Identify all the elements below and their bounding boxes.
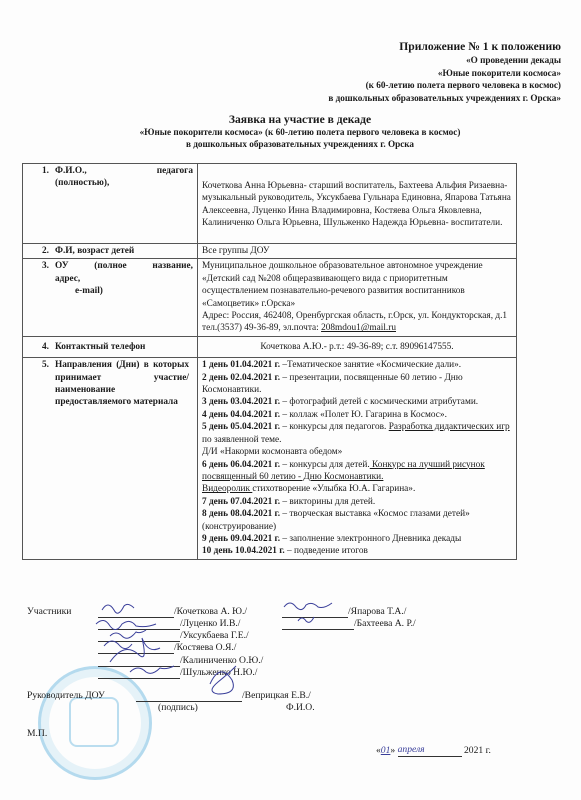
day-entry-extra: Видеоролик стихотворение «Улыбка Ю.А. Га… [202,483,512,495]
email-link[interactable]: 208mdou1@mail.ru [321,323,396,333]
day-entry: 8 день 08.04.2021 г. – творческая выстав… [202,508,512,533]
row-value: Все группы ДОУ [198,244,517,259]
date: «01» апреля 2021 г. [376,744,491,757]
day-entry: 4 день 04.04.2021 г. – коллаж «Полет Ю. … [202,409,512,421]
appendix-line: «О проведении декады [328,54,561,67]
day-entry: 7 день 07.04.2021 г. – викторины для дет… [202,496,512,508]
row-value: 1 день 01.04.2021 г. –Тематическое занят… [198,358,517,560]
handwritten-signatures [280,597,360,637]
appendix-header: Приложение № 1 к положению «О проведении… [328,39,561,104]
day-entry: 10 день 10.04.2021 г. – подведение итого… [202,545,512,557]
day-entry: 1 день 01.04.2021 г. –Тематическое занят… [202,359,512,371]
day-entry: 6 день 06.04.2021 г. – конкурсы для дете… [202,459,512,484]
appendix-line: «Юные покорители космоса» [328,67,561,80]
application-table: 1. Ф.И.О., педагога(полностью), Кочетков… [22,163,517,560]
day-entry: 2 день 02.04.2021 г. – презентации, посв… [202,372,512,397]
title-subline: «Юные покорители космоса» (к 60-летию по… [0,127,581,139]
row-label: 1. Ф.И.О., педагога(полностью), [23,164,198,244]
appendix-line: (к 60-летию полета первого человека в ко… [328,79,561,92]
row-value: Кочеткова А.Ю.- р.т.: 49-36-89; с.т. 890… [198,336,517,357]
day-entry-extra: Д/И «Накорми космонавта обедом» [202,446,512,458]
table-row: 2.Ф.И, возраст детей Все группы ДОУ [23,244,517,259]
participant-name: /Бахтеева А. Р./ [354,618,416,629]
title-main: Заявка на участие в декаде [0,113,581,127]
day-entry: 3 день 03.04.2021 г. – фотографий детей … [202,396,512,408]
title-subline: в дошкольных образовательных учреждениях… [0,139,581,151]
day-entry: 9 день 09.04.2021 г. – заполнение электр… [202,533,512,545]
handwritten-signatures [90,596,290,716]
fio-caption: Ф.И.О. [286,702,315,714]
appendix-line: в дошкольных образовательных учреждениях… [328,92,561,105]
day-entry: 5 день 05.04.2021 г. – конкурсы для педа… [202,421,512,446]
row-value: Кочеткова Анна Юрьевна- старший воспитат… [198,164,517,244]
table-row: 4.Контактный телефон Кочеткова А.Ю.- р.т… [23,336,517,357]
row-value: Муниципальное дошкольное образовательное… [198,259,517,336]
seal-label: М.П. [27,728,47,740]
document-title: Заявка на участие в декаде «Юные покорит… [0,113,581,150]
table-row: 5.Направления (Дни) в которых принимает … [23,358,517,560]
participants-label: Участники [27,606,71,618]
table-row: 1. Ф.И.О., педагога(полностью), Кочетков… [23,164,517,244]
appendix-title: Приложение № 1 к положению [328,39,561,54]
table-row: 3. ОУ (полное название,адрес,e-mail) Мун… [23,259,517,336]
